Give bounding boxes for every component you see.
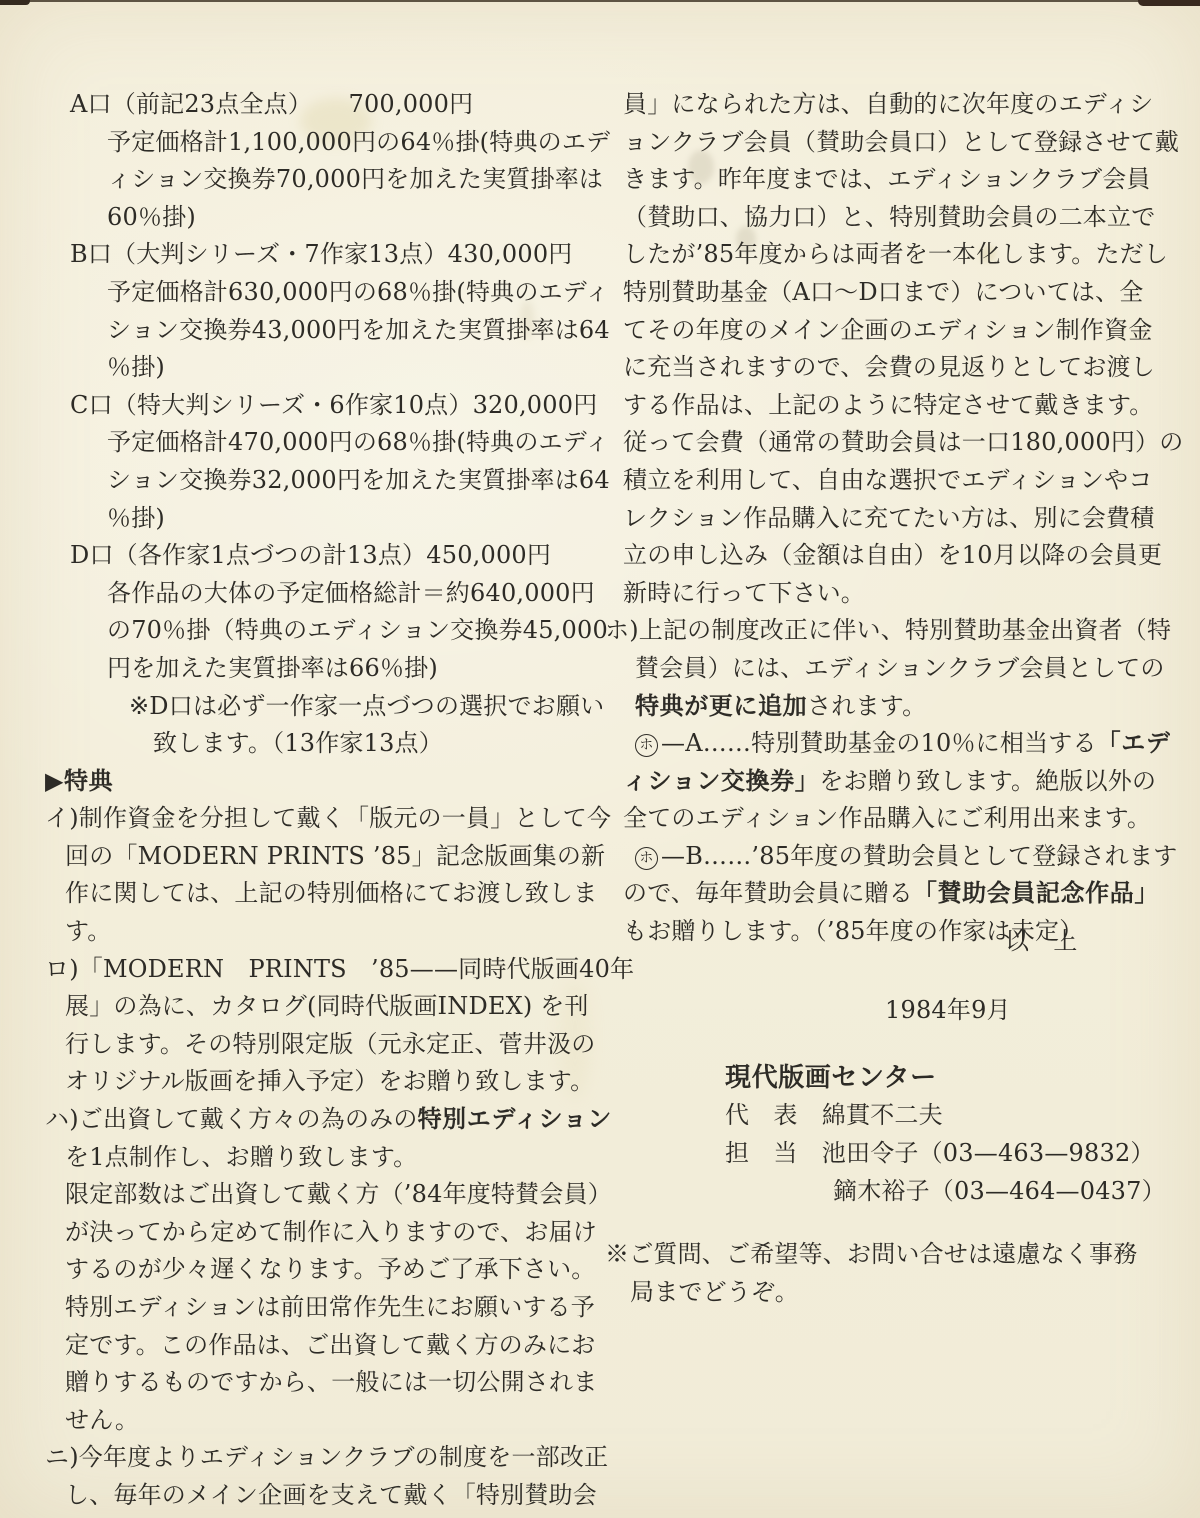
text-run: 特典が更に追加: [635, 692, 807, 720]
text-run: 員」になられた方は、自動的に次年度のエディシ: [623, 90, 1153, 118]
left-column-line-24: ロ)「MODERN PRINTS ’85——同時代版画40年: [45, 951, 560, 989]
text-run: （賛助口、協力口）と、特別賛助会員の二本立で: [623, 203, 1155, 231]
left-column-line-16: 円を加えた実質掛率は66％掛): [45, 650, 560, 688]
text-run: イ)制作資金を分担して戴く「版元の一員」として今: [45, 804, 611, 832]
text-run: ョンクラブ会員（賛助会員口）として登録させて戴: [623, 128, 1179, 156]
right-column-line-17: 特典が更に追加されます。: [605, 688, 1150, 726]
text-run: B口（大判シリーズ・7作家13点）430,000円: [70, 240, 573, 268]
text-run: 1984年9月: [885, 996, 1011, 1024]
left-column-line-1: A口（前記23点全点） 700,000円: [45, 86, 560, 124]
text-run: ※D口は必ず一作家一点づつの選択でお願い: [129, 692, 604, 720]
left-column-line-37: ニ)今年度よりエディションクラブの制度を一部改正: [45, 1439, 560, 1477]
left-column-line-25: 展」の為に、カタログ(同時代版画INDEX) を刊: [45, 988, 560, 1026]
left-column-line-22: 作に関しては、上記の特別価格にてお渡し致しま: [45, 875, 560, 913]
left-column-line-28: ハ)ご出資して戴く方々の為のみの特別エディション: [45, 1101, 560, 1139]
text-run: ％掛): [107, 353, 165, 381]
left-column-line-15: の70％掛（特典のエディション交換券45,000: [45, 612, 560, 650]
right-column-line-1: 員」になられた方は、自動的に次年度のエディシ: [605, 86, 1150, 124]
left-column-line-19: ▶特典: [45, 763, 560, 801]
left-column-line-35: 贈りするものですから、一般には一切公開されま: [45, 1364, 560, 1402]
text-run: 定です。この作品は、ご出資して戴く方のみにお: [65, 1331, 595, 1359]
circled-ho-marker: ホ: [635, 734, 658, 757]
text-run: が決ってから定めて制作に入りますので、お届け: [65, 1218, 597, 1246]
scan-edge-top-left-mark: [0, 0, 30, 5]
text-run: ホ)上記の制度改正に伴い、特別賛助基金出資者（特: [605, 616, 1171, 644]
right-column-line-25: 1984年9月: [605, 992, 1150, 1030]
text-run: 従って会費（通常の賛助会員は一口180,000円）の: [623, 428, 1183, 456]
left-column-line-18: 致します。（13作家13点）: [45, 725, 560, 763]
text-run: 作に関しては、上記の特別価格にてお渡し致しま: [65, 879, 597, 907]
right-column: 員」になられた方は、自動的に次年度のエディションクラブ会員（賛助会員口）として登…: [605, 86, 1150, 1311]
text-run: ィション交換券70,000円を加えた実質掛率は: [107, 165, 603, 193]
right-column-line-28: 担 当 池田令子（03—463—9832）: [605, 1135, 1150, 1173]
right-column-line-14: 新時に行って下さい。: [605, 575, 1150, 613]
right-column-line-7: てその年度のメイン企画のエディション制作資金: [605, 312, 1150, 350]
text-run: 新時に行って下さい。: [623, 579, 865, 607]
text-run: 回の「MODERN PRINTS ’85」記念版画集の新: [65, 842, 605, 870]
left-column: A口（前記23点全点） 700,000円予定価格計1,100,000円の64％掛…: [45, 86, 560, 1515]
left-column-line-8: ％掛): [45, 349, 560, 387]
right-column-line-19: ィション交換券」をお贈り致します。絶版以外の: [605, 763, 1150, 801]
text-run: 賛会員）には、エディションクラブ会員としての: [635, 654, 1165, 682]
text-run: 担 当 池田令子（03—463—9832）: [725, 1139, 1155, 1167]
left-column-line-23: す。: [45, 913, 560, 951]
text-run: ロ)「MODERN PRINTS ’85——同時代版画40年: [45, 955, 634, 983]
text-run: 円を加えた実質掛率は66％掛): [107, 654, 438, 682]
left-column-line-34: 定です。この作品は、ご出資して戴く方のみにお: [45, 1327, 560, 1365]
document-page: A口（前記23点全点） 700,000円予定価格計1,100,000円の64％掛…: [0, 0, 1200, 1518]
right-column-line-3: きます。昨年度までは、エディションクラブ会員: [605, 161, 1150, 199]
text-run: —B……’85年度の賛助会員として登録されます: [661, 842, 1177, 870]
text-run: 「賛助会員記念作品」: [913, 879, 1159, 907]
text-run: ▶特典: [45, 767, 113, 795]
text-run: 予定価格計1,100,000円の64％掛(特典のエデ: [107, 128, 610, 156]
text-run: ％掛): [107, 504, 165, 532]
left-column-line-5: B口（大判シリーズ・7作家13点）430,000円: [45, 236, 560, 274]
text-run: きます。昨年度までは、エディションクラブ会員: [623, 165, 1151, 193]
text-run: 現代版画センター: [725, 1063, 937, 1093]
text-run: 予定価格計630,000円の68％掛(特典のエディ: [107, 278, 609, 306]
text-run: 鏑木裕子（03—464—0437）: [833, 1177, 1166, 1205]
text-run: ション交換券32,000円を加えた実質掛率は64: [107, 466, 610, 494]
left-column-line-14: 各作品の大体の予定価格総計＝約640,000円: [45, 575, 560, 613]
right-column-line-26: 現代版画センター: [605, 1060, 1150, 1098]
left-column-line-31: が決ってから定めて制作に入りますので、お届け: [45, 1214, 560, 1252]
text-run: したが’85年度からは両者を一本化します。ただし: [623, 240, 1168, 268]
right-column-line-8: に充当されますので、会費の見返りとしてお渡し: [605, 349, 1150, 387]
text-run: 特別エディション: [418, 1105, 612, 1133]
left-column-line-32: するのが少々遅くなります。予めご了承下さい。: [45, 1251, 560, 1289]
right-column-line-27: 代 表 綿貫不二夫: [605, 1097, 1150, 1135]
text-run: 行します。その特別限定版（元永定正、菅井汲の: [65, 1030, 595, 1058]
right-column-line-20: 全てのエディション作品購入にご利用出来ます。: [605, 800, 1150, 838]
text-run: ※ご質問、ご希望等、お問い合せは遠慮なく事務: [605, 1240, 1137, 1268]
text-run: 特別賛助基金（A口～D口まで）については、全: [623, 278, 1144, 306]
text-run: し、毎年のメイン企画を支えて戴く「特別賛助会: [65, 1481, 597, 1509]
text-run: A口（前記23点全点） 700,000円: [70, 90, 473, 118]
right-column-line-18: ホ—A……特別賛助基金の10％に相当する「エデ: [605, 725, 1150, 763]
text-run: を1点制作し、お贈り致します。: [65, 1143, 417, 1171]
left-column-line-30: 限定部数はご出資して戴く方（’84年度特賛会員）: [45, 1176, 560, 1214]
right-column-line-22: ので、毎年賛助会員に贈る「賛助会員記念作品」: [605, 875, 1150, 913]
right-column-line-5: したが’85年度からは両者を一本化します。ただし: [605, 236, 1150, 274]
left-column-line-10: 予定価格計470,000円の68％掛(特典のエディ: [45, 424, 560, 462]
left-column-line-29: を1点制作し、お贈り致します。: [45, 1139, 560, 1177]
circled-ho-marker: ホ: [635, 847, 658, 870]
right-column-line-11: 積立を利用して、自由な選択でエディションやコ: [605, 462, 1150, 500]
text-run: オリジナル版画を挿入予定）をお贈り致します。: [65, 1067, 594, 1095]
left-column-line-13: D口（各作家1点づつの計13点）450,000円: [45, 537, 560, 575]
left-column-line-26: 行します。その特別限定版（元永定正、菅井汲の: [45, 1026, 560, 1064]
text-run: するのが少々遅くなります。予めご了承下さい。: [65, 1255, 595, 1283]
text-run: 60％掛): [107, 203, 196, 231]
text-run: 致します。（13作家13点）: [153, 729, 443, 757]
left-column-line-17: ※D口は必ず一作家一点づつの選択でお願い: [45, 688, 560, 726]
right-column-line-6: 特別賛助基金（A口～D口まで）については、全: [605, 274, 1150, 312]
text-run: 贈りするものですから、一般には一切公開されま: [65, 1368, 597, 1396]
text-run: ので、毎年賛助会員に贈る: [623, 879, 913, 907]
text-run: 展」の為に、カタログ(同時代版画INDEX) を刊: [65, 992, 589, 1020]
right-column-line-15: ホ)上記の制度改正に伴い、特別賛助基金出資者（特: [605, 612, 1150, 650]
text-run: 特別エディションは前田常作先生にお願いする予: [65, 1293, 595, 1321]
left-column-line-2: 予定価格計1,100,000円の64％掛(特典のエデ: [45, 124, 560, 162]
left-column-line-9: C口（特大判シリーズ・6作家10点）320,000円: [45, 387, 560, 425]
text-run: 限定部数はご出資して戴く方（’84年度特賛会員）: [65, 1180, 612, 1208]
left-column-line-4: 60％掛): [45, 199, 560, 237]
scan-edge-top-right-mark: [1138, 0, 1200, 6]
text-run: の70％掛（特典のエディション交換券45,000: [107, 616, 608, 644]
text-run: 立の申し込み（金額は自由）を10月以降の会員更: [623, 541, 1162, 569]
right-column-line-30: ※ご質問、ご希望等、お問い合せは遠慮なく事務: [605, 1236, 1150, 1274]
left-column-line-27: オリジナル版画を挿入予定）をお贈り致します。: [45, 1063, 560, 1101]
text-run: レクション作品購入に充てたい方は、別に会費積: [623, 504, 1154, 532]
left-column-line-36: せん。: [45, 1402, 560, 1440]
text-run: 「エデ: [1097, 729, 1171, 757]
text-run: に充当されますので、会費の見返りとしてお渡し: [623, 353, 1155, 381]
text-run: す。: [65, 917, 111, 945]
text-run: されます。: [807, 692, 926, 720]
text-run: 各作品の大体の予定価格総計＝約640,000円: [107, 579, 595, 607]
right-column-line-4: （賛助口、協力口）と、特別賛助会員の二本立で: [605, 199, 1150, 237]
text-run: 積立を利用して、自由な選択でエディションやコ: [623, 466, 1153, 494]
right-column-line-10: 従って会費（通常の賛助会員は一口180,000円）の: [605, 424, 1150, 462]
text-run: せん。: [65, 1406, 139, 1434]
right-column-line-9: する作品は、上記のように特定させて戴きます。: [605, 387, 1150, 425]
text-run: ィション交換券」: [623, 767, 819, 795]
right-column-line-16: 賛会員）には、エディションクラブ会員としての: [605, 650, 1150, 688]
text-run: —A……特別賛助基金の10％に相当する: [661, 729, 1097, 757]
right-column-line-31: 局までどうぞ。: [605, 1274, 1150, 1312]
left-column-line-38: し、毎年のメイン企画を支えて戴く「特別賛助会: [45, 1477, 560, 1515]
right-column-line-13: 立の申し込み（金額は自由）を10月以降の会員更: [605, 537, 1150, 575]
left-column-line-12: ％掛): [45, 500, 560, 538]
right-column-line-29: 鏑木裕子（03—464—0437）: [605, 1173, 1150, 1211]
text-run: 全てのエディション作品購入にご利用出来ます。: [623, 804, 1151, 832]
text-run: C口（特大判シリーズ・6作家10点）320,000円: [70, 391, 597, 419]
right-column-line-21: ホ—B……’85年度の賛助会員として登録されます: [605, 838, 1150, 876]
left-column-line-20: イ)制作資金を分担して戴く「版元の一員」として今: [45, 800, 560, 838]
right-column-line-2: ョンクラブ会員（賛助会員口）として登録させて戴: [605, 124, 1150, 162]
text-run: をお贈り致します。絶版以外の: [819, 767, 1156, 795]
text-run: 以 上: [1005, 927, 1078, 955]
text-run: 代 表 綿貫不二夫: [725, 1101, 943, 1129]
left-column-line-11: ション交換券32,000円を加えた実質掛率は64: [45, 462, 560, 500]
text-run: ニ)今年度よりエディションクラブの制度を一部改正: [45, 1443, 608, 1471]
text-run: D口（各作家1点づつの計13点）450,000円: [70, 541, 551, 569]
text-run: てその年度のメイン企画のエディション制作資金: [623, 316, 1153, 344]
left-column-line-21: 回の「MODERN PRINTS ’85」記念版画集の新: [45, 838, 560, 876]
left-column-line-6: 予定価格計630,000円の68％掛(特典のエディ: [45, 274, 560, 312]
text-run: 予定価格計470,000円の68％掛(特典のエディ: [107, 428, 609, 456]
scan-edge-top: [0, 0, 1200, 2]
right-column-line-12: レクション作品購入に充てたい方は、別に会費積: [605, 500, 1150, 538]
text-run: する作品は、上記のように特定させて戴きます。: [623, 391, 1153, 419]
left-column-line-3: ィション交換券70,000円を加えた実質掛率は: [45, 161, 560, 199]
text-run: ション交換券43,000円を加えた実質掛率は64: [107, 316, 610, 344]
text-run: 局までどうぞ。: [630, 1278, 799, 1306]
left-column-line-33: 特別エディションは前田常作先生にお願いする予: [45, 1289, 560, 1327]
text-run: ハ)ご出資して戴く方々の為のみの: [45, 1105, 418, 1133]
left-column-line-7: ション交換券43,000円を加えた実質掛率は64: [45, 312, 560, 350]
